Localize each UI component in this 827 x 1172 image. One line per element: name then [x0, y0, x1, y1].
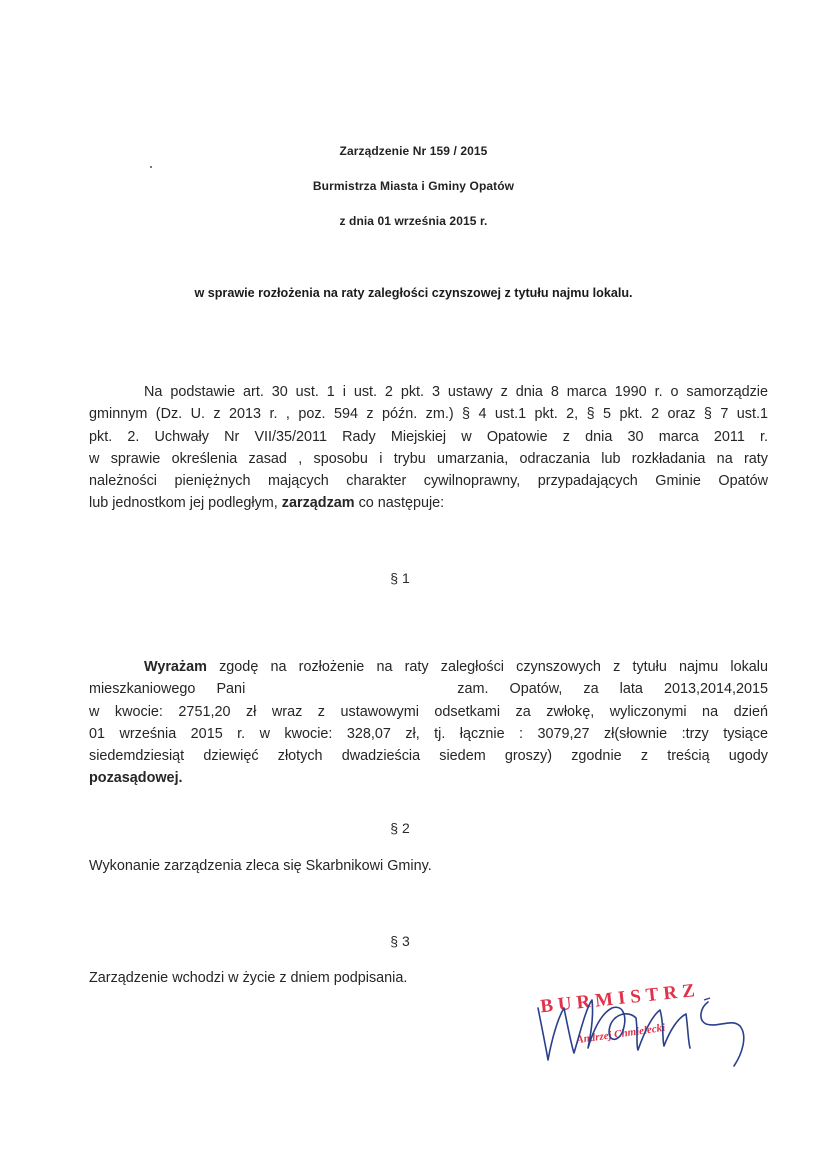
section-1-text: zgodę na rozłożenie na raty zaległości c… [207, 659, 768, 675]
section-2-text: Wykonanie zarządzenia zleca się Skarbnik… [89, 858, 432, 874]
document-issuer: Burmistrza Miasta i Gminy Opatów [0, 179, 827, 193]
section-3-heading: § 3 [0, 933, 800, 949]
section-1-line: 01 września 2015 r. w kwocie: 328,07 zł,… [89, 723, 768, 745]
preamble-line: należności pieniężnych mających charakte… [89, 470, 768, 492]
preamble-line: Na podstawie art. 30 ust. 1 i ust. 2 pkt… [89, 381, 768, 403]
section-1-line: Wyrażam zgodę na rozłożenie na raty zale… [89, 656, 768, 678]
document-page: Zarządzenie Nr 159 / 2015 Burmistrza Mia… [0, 0, 827, 1172]
preamble-line: gminnym (Dz. U. z 2013 r. , poz. 594 z p… [89, 403, 768, 425]
preamble-last-line: lub jednostkom jej podległym, zarządzam … [89, 492, 768, 514]
section-2-heading: § 2 [0, 820, 800, 836]
section-1-paragraph: Wyrażam zgodę na rozłożenie na raty zale… [89, 656, 768, 790]
section-1-text: zam. Opatów, za lata 2013,2014,2015 [457, 681, 768, 697]
preamble-text: lub jednostkom jej podległym, [89, 495, 282, 511]
scan-speck [150, 166, 152, 168]
preamble-paragraph: Na podstawie art. 30 ust. 1 i ust. 2 pkt… [89, 381, 768, 515]
stamp-and-signature: BURMISTRZ Andrzej Chmielecki [528, 978, 758, 1070]
document-date: z dnia 01 września 2015 r. [0, 214, 827, 228]
section-1-text: mieszkaniowego Pani [89, 681, 245, 697]
section-1-line: w kwocie: 2751,20 zł wraz z ustawowymi o… [89, 701, 768, 723]
section-1-line: pozasądowej. [89, 767, 768, 789]
document-title: Zarządzenie Nr 159 / 2015 [0, 144, 827, 158]
consent-word: Wyrażam [144, 659, 207, 675]
preamble-text: co następuje: [355, 495, 445, 511]
preamble-line: pkt. 2. Uchwały Nr VII/35/2011 Rady Miej… [89, 426, 768, 448]
preamble-line: w sprawie określenia zasad , sposobu i t… [89, 448, 768, 470]
section-1-line: siedemdziesiąt dziewięć złotych dwadzieś… [89, 745, 768, 767]
section-1-heading: § 1 [0, 570, 800, 586]
document-subject: w sprawie rozłożenia na raty zaległości … [0, 286, 827, 300]
preamble-decree-word: zarządzam [282, 495, 355, 511]
section-1-line: mieszkaniowego Panizam. Opatów, za lata … [89, 678, 768, 700]
section-3-text: Zarządzenie wchodzi w życie z dniem podp… [89, 970, 407, 986]
handwritten-signature [528, 978, 758, 1070]
